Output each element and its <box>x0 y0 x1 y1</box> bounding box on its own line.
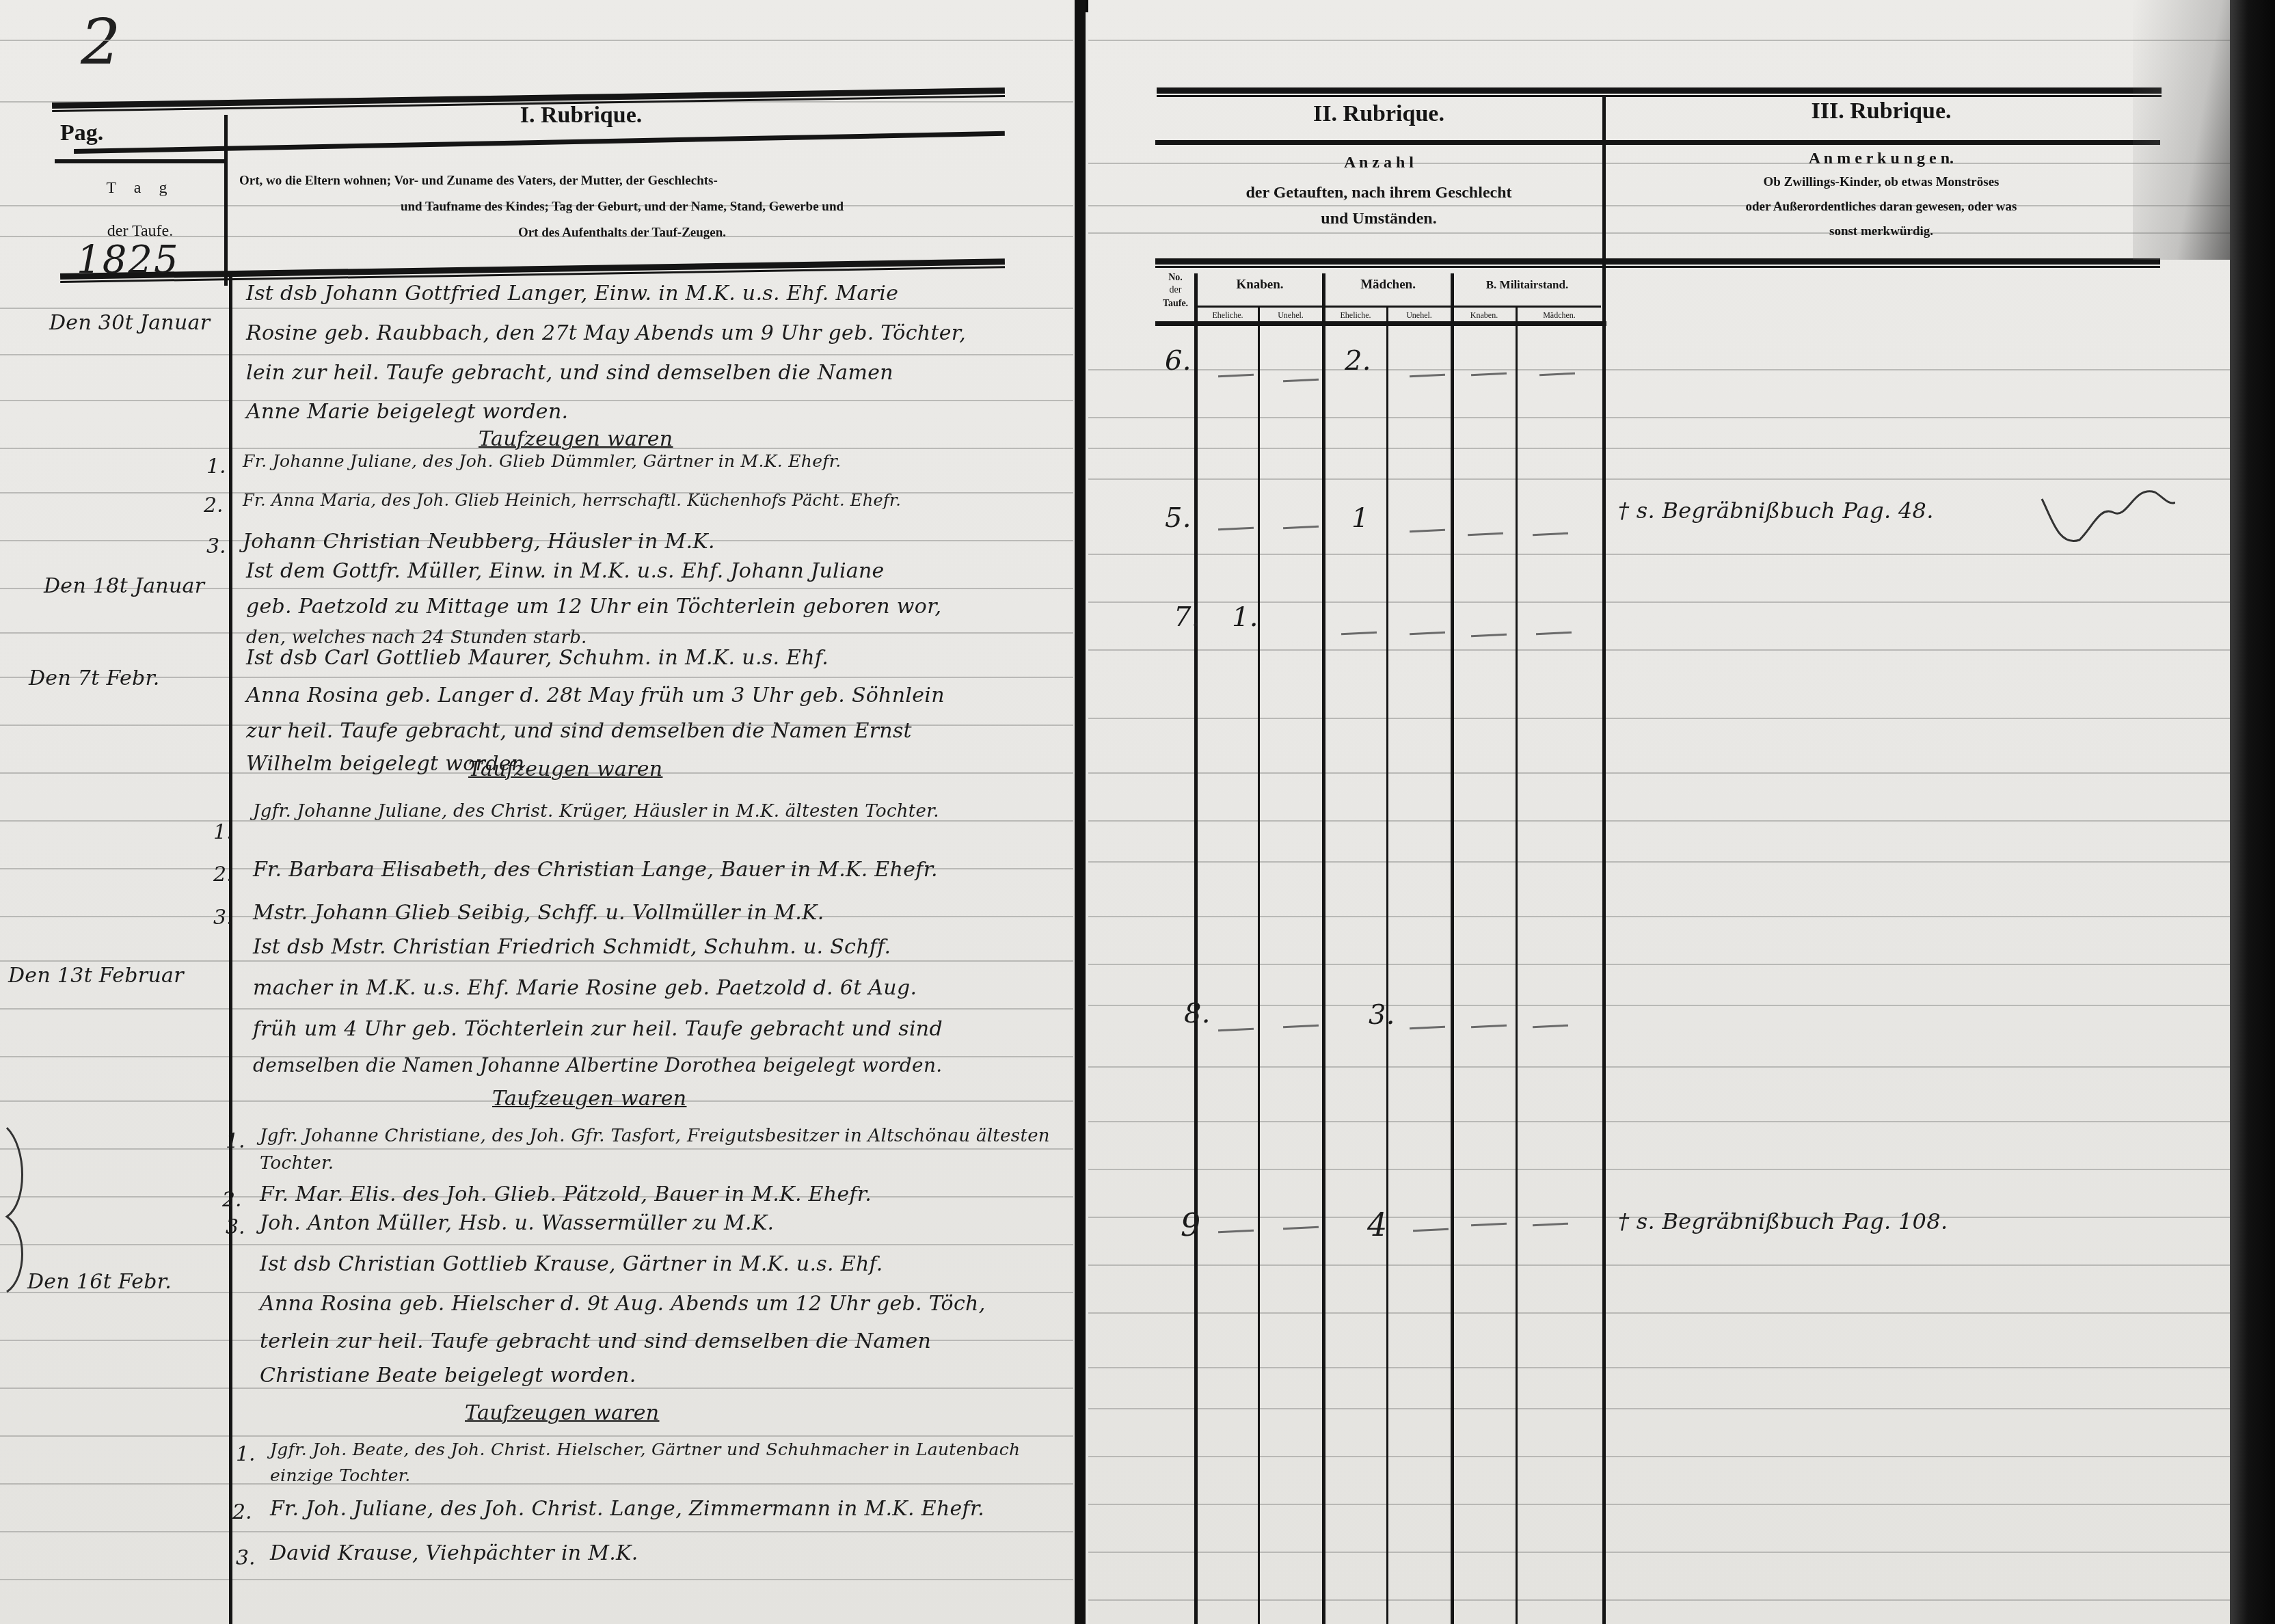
group-militairstand: B. Militairstand. <box>1452 276 1602 294</box>
entry-3-witness-3: Mstr. Johann Glieb Seibig, Schff. u. Vol… <box>253 901 824 925</box>
remark-wavy-mark <box>2038 478 2175 554</box>
rubrique-3-title: III. Rubrique. <box>1608 98 2155 124</box>
entry-3-text-line1: Ist dsb Carl Gottlieb Maurer, Schuhm. in… <box>246 646 829 670</box>
entry-1-witness-2: Fr. Anna Maria, des Joh. Glieb Heinich, … <box>243 491 901 510</box>
entry-3-date: Den 7t Febr. <box>29 666 160 690</box>
entry-2-text-line1: Ist dem Gottfr. Müller, Einw. in M.K. u.… <box>246 559 885 583</box>
entry-3-witness-2-number: 2. <box>213 863 233 887</box>
right-header-bottom-rule <box>1155 258 2160 268</box>
entry-2-text-line3: den, welches nach 24 Stunden starb. <box>246 627 587 648</box>
rubrique-1-title: I. Rubrique. <box>410 103 752 128</box>
entry-4-text-line4: demselben die Namen Johanne Albertine Do… <box>253 1054 942 1077</box>
entry-1-date: Den 30t Januar <box>49 311 210 335</box>
entry-3-witness-heading: Taufzeugen waren <box>468 757 662 781</box>
entry-5-witness-2: Fr. Joh. Juliane, des Joh. Christ. Lange… <box>270 1497 984 1521</box>
right-header-top-rule <box>1157 87 2162 97</box>
rubrique-2-title: II. Rubrique. <box>1157 101 1601 127</box>
date-column-divider <box>224 115 228 286</box>
rubrique-3-desc-line2: Ob Zwillings-Kinder, ob etwas Monströses <box>1608 174 2155 191</box>
entry-1-witness-1-number: 1. <box>206 455 226 478</box>
sub-militair-knaben: Knaben. <box>1454 309 1514 321</box>
sub-maedchen-eheliche: Eheliche. <box>1325 309 1386 321</box>
entry-1-witness-2-number: 2. <box>204 493 224 517</box>
entry-3-count-no: 7. <box>1174 601 1200 633</box>
entry-5-text-line1: Ist dsb Christian Gottlieb Krause, Gärtn… <box>260 1252 883 1276</box>
scan-right-edge <box>2230 0 2275 1624</box>
entry-2-count-no: 5. <box>1165 502 1192 534</box>
entry-1-text-line2: lein zur heil. Taufe gebracht, und sind … <box>246 361 893 385</box>
rubrique-1-description-line3: Ort des Aufenthalts der Tauf-Zeugen. <box>239 224 1005 242</box>
group-maedchen: Mädchen. <box>1325 276 1451 294</box>
entry-1-witness-3: Johann Christian Neubberg, Häusler in M.… <box>243 530 715 554</box>
entry-5-witness-1: Jgfr. Joh. Beate, des Joh. Christ. Hiels… <box>270 1437 1070 1489</box>
entry-2-count-maedchen-ehel: 1 <box>1351 502 1369 534</box>
entry-2-date: Den 18t Januar <box>44 574 204 598</box>
book-spine <box>1075 0 1086 1624</box>
sub-knaben-eheliche: Eheliche. <box>1198 309 1258 321</box>
rubrique-1-description-line2: und Taufname des Kindes; Tag der Geburt,… <box>239 198 1005 216</box>
entry-2-text-line2: geb. Paetzold zu Mittage um 12 Uhr ein T… <box>246 595 941 619</box>
entry-4-date: Den 13t Februar <box>8 964 184 988</box>
entry-5-witness-3: David Krause, Viehpächter in M.K. <box>270 1541 638 1565</box>
entry-5-witness-heading: Taufzeugen waren <box>465 1401 659 1425</box>
entry-5-text-line2: Anna Rosina geb. Hielscher d. 9t Aug. Ab… <box>260 1292 986 1316</box>
entry-1-witness-1: Fr. Johanne Juliane, des Joh. Glieb Dümm… <box>243 451 842 471</box>
entry-3-count-knaben-ehel: 1. <box>1232 601 1258 633</box>
entry-1-witness-3-number: 3. <box>206 534 226 558</box>
entry-3-witness-3-number: 3. <box>213 906 233 930</box>
rubrique-title-rule <box>74 131 1005 154</box>
entry-5-count-maedchen-ehel: 4 <box>1367 1206 1388 1243</box>
rubrique-3-desc-line1: A n m e r k u n g e n. <box>1608 145 2155 172</box>
entry-5-witness-1-number: 1. <box>236 1442 256 1466</box>
page-number: 2 <box>81 5 121 79</box>
header-bottom-rule <box>60 258 1005 283</box>
entry-4-witness-1-number: 1. <box>226 1129 245 1153</box>
entry-3-witness-1: Jgfr. Johanne Juliane, des Christ. Krüge… <box>253 798 1060 824</box>
rubrique-2-3-divider <box>1602 96 1606 1624</box>
entry-1-text-line1: Ist dsb Johann Gottfried Langer, Einw. i… <box>246 282 898 306</box>
rubrique-2-desc-line1: A n z a h l <box>1157 149 1601 176</box>
rubrique-3-desc-line4: sonst merkwürdig. <box>1608 223 2155 241</box>
sub-knaben-unehel: Unehel. <box>1261 309 1321 321</box>
page-curl-shadow <box>2133 0 2235 260</box>
entry-4-text-line1: Ist dsb Mstr. Christian Friedrich Schmid… <box>253 935 891 959</box>
rubrique-2-desc-line2: der Getauften, nach ihrem Geschlecht <box>1157 179 1601 206</box>
col-date-header-line1: T a g <box>62 174 219 202</box>
entry-4-witness-2: Fr. Mar. Elis. des Joh. Glieb. Pätzold, … <box>260 1182 872 1206</box>
entry-1-witness-heading: Taufzeugen waren <box>479 427 673 451</box>
entry-3-witness-2: Fr. Barbara Elisabeth, des Christian Lan… <box>253 858 938 882</box>
col-no-der-taufe-line3: Taufe. <box>1157 298 1194 310</box>
entry-3-text-line3: zur heil. Taufe gebracht, und sind demse… <box>246 719 912 743</box>
entry-5-text-line3: terlein zur heil. Taufe gebracht und sin… <box>260 1329 931 1353</box>
right-page: II. Rubrique. III. Rubrique. A n z a h l… <box>1088 0 2237 1624</box>
entry-4-witness-3-number: 3. <box>226 1215 245 1239</box>
entry-1-count-maedchen-ehel: 2. <box>1345 345 1371 377</box>
entry-2-remark: † s. Begräbnißbuch Pag. 48. <box>1618 498 1934 524</box>
entry-4-count-no: 8. <box>1184 998 1211 1029</box>
right-title-rule <box>1155 140 2160 145</box>
entry-5-witness-3-number: 3. <box>236 1546 256 1570</box>
entry-4-witness-heading: Taufzeugen waren <box>492 1087 686 1111</box>
entry-4-text-line2: macher in M.K. u.s. Ehf. Marie Rosine ge… <box>253 976 917 1000</box>
rubrique-1-description-line1: Ort, wo die Eltern wohnen; Vor- und Zuna… <box>239 172 1005 190</box>
entry-1-count-no: 6. <box>1165 345 1192 377</box>
entry-5-date: Den 16t Febr. <box>27 1270 172 1294</box>
left-page: 2 Pag. I. Rubrique. T a g der Taufe. Ort… <box>0 0 1080 1624</box>
entry-4-witness-2-number: 2. <box>222 1188 242 1212</box>
entry-3-witness-1-number: 1. <box>213 820 233 844</box>
margin-bracket-mark <box>0 1121 41 1299</box>
entry-1-text-line4: Anne Marie beigelegt worden. <box>246 400 568 424</box>
entry-4-text-line3: früh um 4 Uhr geb. Töchterlein zur heil.… <box>253 1017 943 1041</box>
col-no-der-taufe-line2: der <box>1157 284 1194 297</box>
rubrique-3-desc-line3: oder Außerordentliches daran gewesen, od… <box>1608 198 2155 216</box>
entry-1-text-line2: Rosine geb. Raubbach, den 27t May Abends… <box>246 321 966 345</box>
entry-3-text-line2: Anna Rosina geb. Langer d. 28t May früh … <box>246 684 945 707</box>
col-pag-header: Pag. <box>60 120 142 146</box>
sub-maedchen-unehel: Unehel. <box>1389 309 1449 321</box>
register-year: 1825 <box>77 238 180 282</box>
entry-4-count-maedchen-ehel: 3. <box>1369 999 1395 1031</box>
entry-5-remark: † s. Begräbnißbuch Pag. 108. <box>1618 1208 1948 1234</box>
col-no-der-taufe-line1: No. <box>1157 272 1194 284</box>
entry-4-witness-3: Joh. Anton Müller, Hsb. u. Wassermüller … <box>260 1211 774 1235</box>
rubrique-2-desc-line3: und Umständen. <box>1157 205 1601 232</box>
group-knaben: Knaben. <box>1198 276 1322 294</box>
sub-militair-maedchen: Mädchen. <box>1518 309 1600 321</box>
entry-5-witness-2-number: 2. <box>232 1500 252 1524</box>
entry-5-count-no: 9 <box>1181 1206 1201 1243</box>
entry-5-text-line4: Christiane Beate beigelegt worden. <box>260 1364 636 1388</box>
entry-4-witness-1: Jgfr. Johanne Christiane, des Joh. Gfr. … <box>260 1122 1066 1177</box>
